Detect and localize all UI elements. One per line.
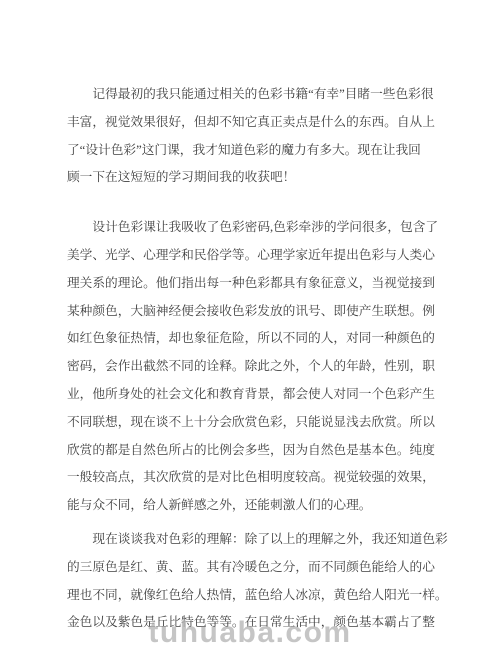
text-line: 欣赏的都是自然色所占的比例会多些，因为自然色是基本色。纯度 bbox=[67, 437, 435, 465]
paragraph-1: 记得最初的我只能通过相关的色彩书籍“有幸”目睹一些色彩很 丰富，视觉效果很好，但… bbox=[67, 81, 435, 192]
text-line: 能与众不同，给人新鲜感之外，还能刺激人们的心理。 bbox=[67, 492, 435, 520]
paragraph-3: 现在谈谈我对色彩的理解：除了以上的理解之外，我还知道色彩 的三原色是红、黄、蓝。… bbox=[67, 526, 435, 637]
document-page: 记得最初的我只能通过相关的色彩书籍“有幸”目睹一些色彩很 丰富，视觉效果很好，但… bbox=[0, 0, 500, 648]
text-line: 某种颜色，大脑神经便会接收色彩发放的讯号、即使产生联想。例 bbox=[67, 298, 435, 326]
text-line: 密码，会作出截然不同的诠释。除此之外，个人的年龄，性别，职 bbox=[67, 353, 435, 381]
text-line: 顾一下在这短短的学习期间我的收获吧！ bbox=[67, 164, 435, 192]
text-line: 业，他所身处的社会文化和教育背景，都会使人对同一个色彩产生 bbox=[67, 381, 435, 409]
text-line: 丰富，视觉效果很好，但却不知它真正卖点是什么的东西。自从上 bbox=[67, 109, 435, 137]
text-line: 如红色象征热情，却也象征危险，所以不同的人，对同一种颜色的 bbox=[67, 325, 435, 353]
paragraph-2: 设计色彩课让我吸收了色彩密码,色彩牵涉的学问很多，包含了 美学、光学、心理学和民… bbox=[67, 214, 435, 520]
text-line: 不同联想，现在谈不上十分会欣赏色彩，只能说显浅去欣赏。所以 bbox=[67, 409, 435, 437]
text-line: 记得最初的我只能通过相关的色彩书籍“有幸”目睹一些色彩很 bbox=[67, 81, 435, 109]
text-line: 设计色彩课让我吸收了色彩密码,色彩牵涉的学问很多，包含了 bbox=[67, 214, 435, 242]
text-line: 理也不同，就像红色给人热情，蓝色给人冰凉，黄色给人阳光一样。 bbox=[67, 582, 435, 610]
text-line: 现在谈谈我对色彩的理解：除了以上的理解之外，我还知道色彩 bbox=[67, 526, 435, 554]
text-line: 美学、光学、心理学和民俗学等。心理学家近年提出色彩与人类心 bbox=[67, 242, 435, 270]
document-body: 记得最初的我只能通过相关的色彩书籍“有幸”目睹一些色彩很 丰富，视觉效果很好，但… bbox=[67, 81, 435, 637]
text-line: 金色以及紫色是丘比特色等等。在日常生活中，颜色基本霸占了整 bbox=[67, 609, 435, 637]
text-line: 的三原色是红、黄、蓝。其有冷暖色之分，而不同颜色能给人的心 bbox=[67, 554, 435, 582]
text-line: 一般较高点，其次欣赏的是对比色相明度较高。视觉较强的效果， bbox=[67, 464, 435, 492]
text-line: 了“设计色彩”这门课，我才知道色彩的魔力有多大。现在让我回 bbox=[67, 137, 435, 165]
text-line: 理关系的理论。他们指出每一种色彩都具有象征意义，当视觉接到 bbox=[67, 270, 435, 298]
